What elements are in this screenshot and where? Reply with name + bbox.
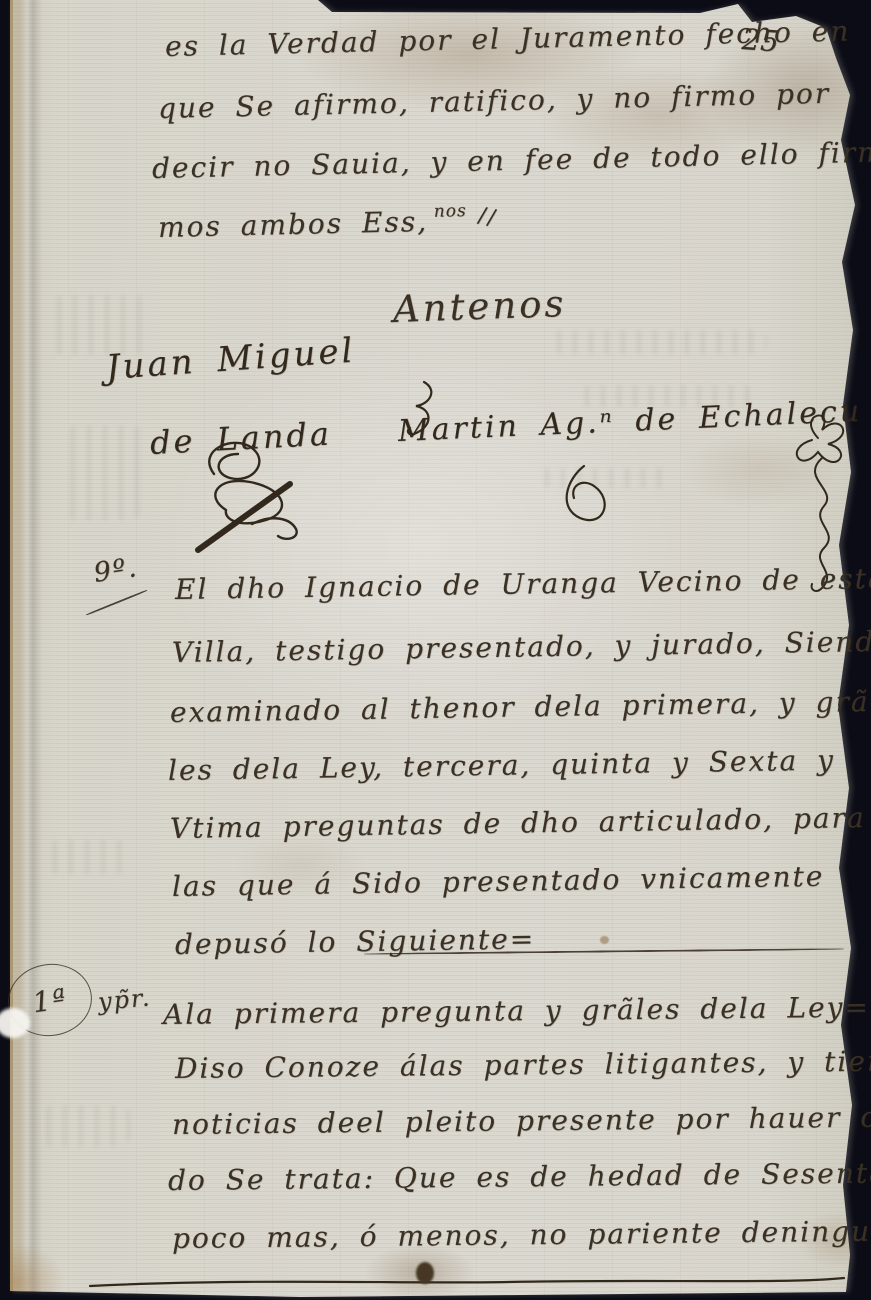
margin-note-label: yp̃r. (97, 983, 153, 1016)
manuscript-scan: 25 es la Verdad por el Juramento fecho e… (0, 0, 871, 1300)
bottom-rule (88, 1270, 848, 1294)
landa-rubric-flourish (186, 432, 326, 557)
ink-speck (600, 936, 609, 944)
showthrough-smudge (552, 330, 767, 354)
manuscript-line: depusó lo Siguiente= (175, 922, 536, 961)
showthrough-smudge (42, 1105, 130, 1147)
margin-note-number: 1ª (30, 981, 69, 1019)
showthrough-smudge (48, 840, 128, 874)
abbreviation-superscript: nos (434, 201, 467, 222)
margin-note-item-9: 9º. (92, 552, 140, 589)
line-text: mos ambos Ess, (158, 205, 429, 244)
attestation-heading: Antenos (392, 282, 567, 331)
echalecu-rubric-loop (542, 462, 618, 532)
ink-blot (416, 1262, 434, 1284)
showthrough-smudge (66, 425, 141, 520)
miguel-rubric-flourish (400, 378, 444, 444)
manuscript-line: mos ambos Ess,nos// (158, 200, 497, 244)
